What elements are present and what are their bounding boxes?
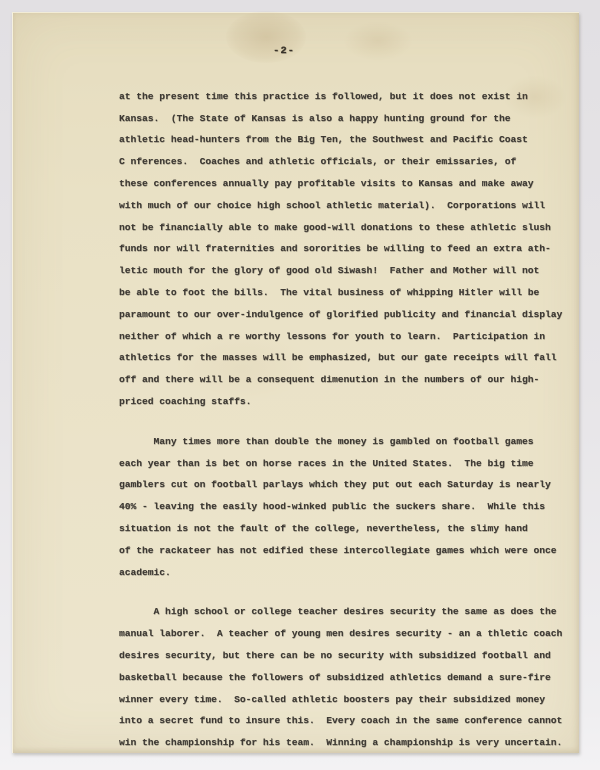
typewritten-line: C nferences. Coaches and athletic offici… (119, 151, 579, 173)
typewritten-line: win the championship for his team. Winni… (119, 732, 579, 754)
typewritten-line: basketball because the followers of subs… (119, 667, 579, 689)
typewritten-line: be able to foot the bills. The vital bus… (119, 282, 579, 304)
typewritten-line: into a secret fund to insure this. Every… (119, 710, 579, 732)
paragraph-1: at the present time this practice is fol… (119, 86, 579, 413)
typewritten-line: off and there will be a consequent dimen… (119, 369, 579, 391)
typewritten-line: Many times more than double the money is… (119, 431, 579, 453)
typewritten-line: letic mouth for the glory of good old Si… (119, 260, 579, 282)
typewritten-line: these conferences annually pay profitabl… (119, 173, 579, 195)
typewritten-line: paramount to our over-indulgence of glor… (119, 304, 579, 326)
typewritten-line: Kansas. (The State of Kansas is also a h… (119, 108, 579, 130)
typewritten-line: of the rackateer has not edified these i… (119, 540, 579, 562)
typewritten-line: desires security, but there can be no se… (119, 645, 579, 667)
scan-background: -2- at the present time this practice is… (0, 0, 600, 770)
typewritten-line: with much of our choice high school athl… (119, 195, 579, 217)
page-number: -2- (13, 13, 579, 63)
typewritten-line: priced coaching staffs. (119, 391, 579, 413)
typewritten-line: winner every time. So-called athletic bo… (119, 689, 579, 711)
document-body: at the present time this practice is fol… (13, 86, 579, 754)
typewritten-line: 40% - leaving the easily hood-winked pub… (119, 496, 579, 518)
paragraph-2: Many times more than double the money is… (119, 431, 579, 584)
typewritten-line: gamblers cut on football parlays which t… (119, 474, 579, 496)
typewritten-line: at the present time this practice is fol… (119, 86, 579, 108)
paragraph-3: A high school or college teacher desires… (119, 601, 579, 754)
document-page: -2- at the present time this practice is… (12, 12, 579, 753)
typewritten-line: manual laborer. A teacher of young men d… (119, 623, 579, 645)
typewritten-line: funds nor will fraternities and sororiti… (119, 238, 579, 260)
typewritten-line: A high school or college teacher desires… (119, 601, 579, 623)
typewritten-line: academic. (119, 562, 579, 584)
typewritten-line: not be financially able to make good-wil… (119, 217, 579, 239)
typewritten-line: each year than is bet on horse races in … (119, 453, 579, 475)
typewritten-line: neither of which a re worthy lessons for… (119, 326, 579, 348)
typewritten-line: athletic head-hunters from the Big Ten, … (119, 129, 579, 151)
typewritten-line: athletics for the masses will be emphasi… (119, 347, 579, 369)
typewritten-line: situation is not the fault of the colleg… (119, 518, 579, 540)
